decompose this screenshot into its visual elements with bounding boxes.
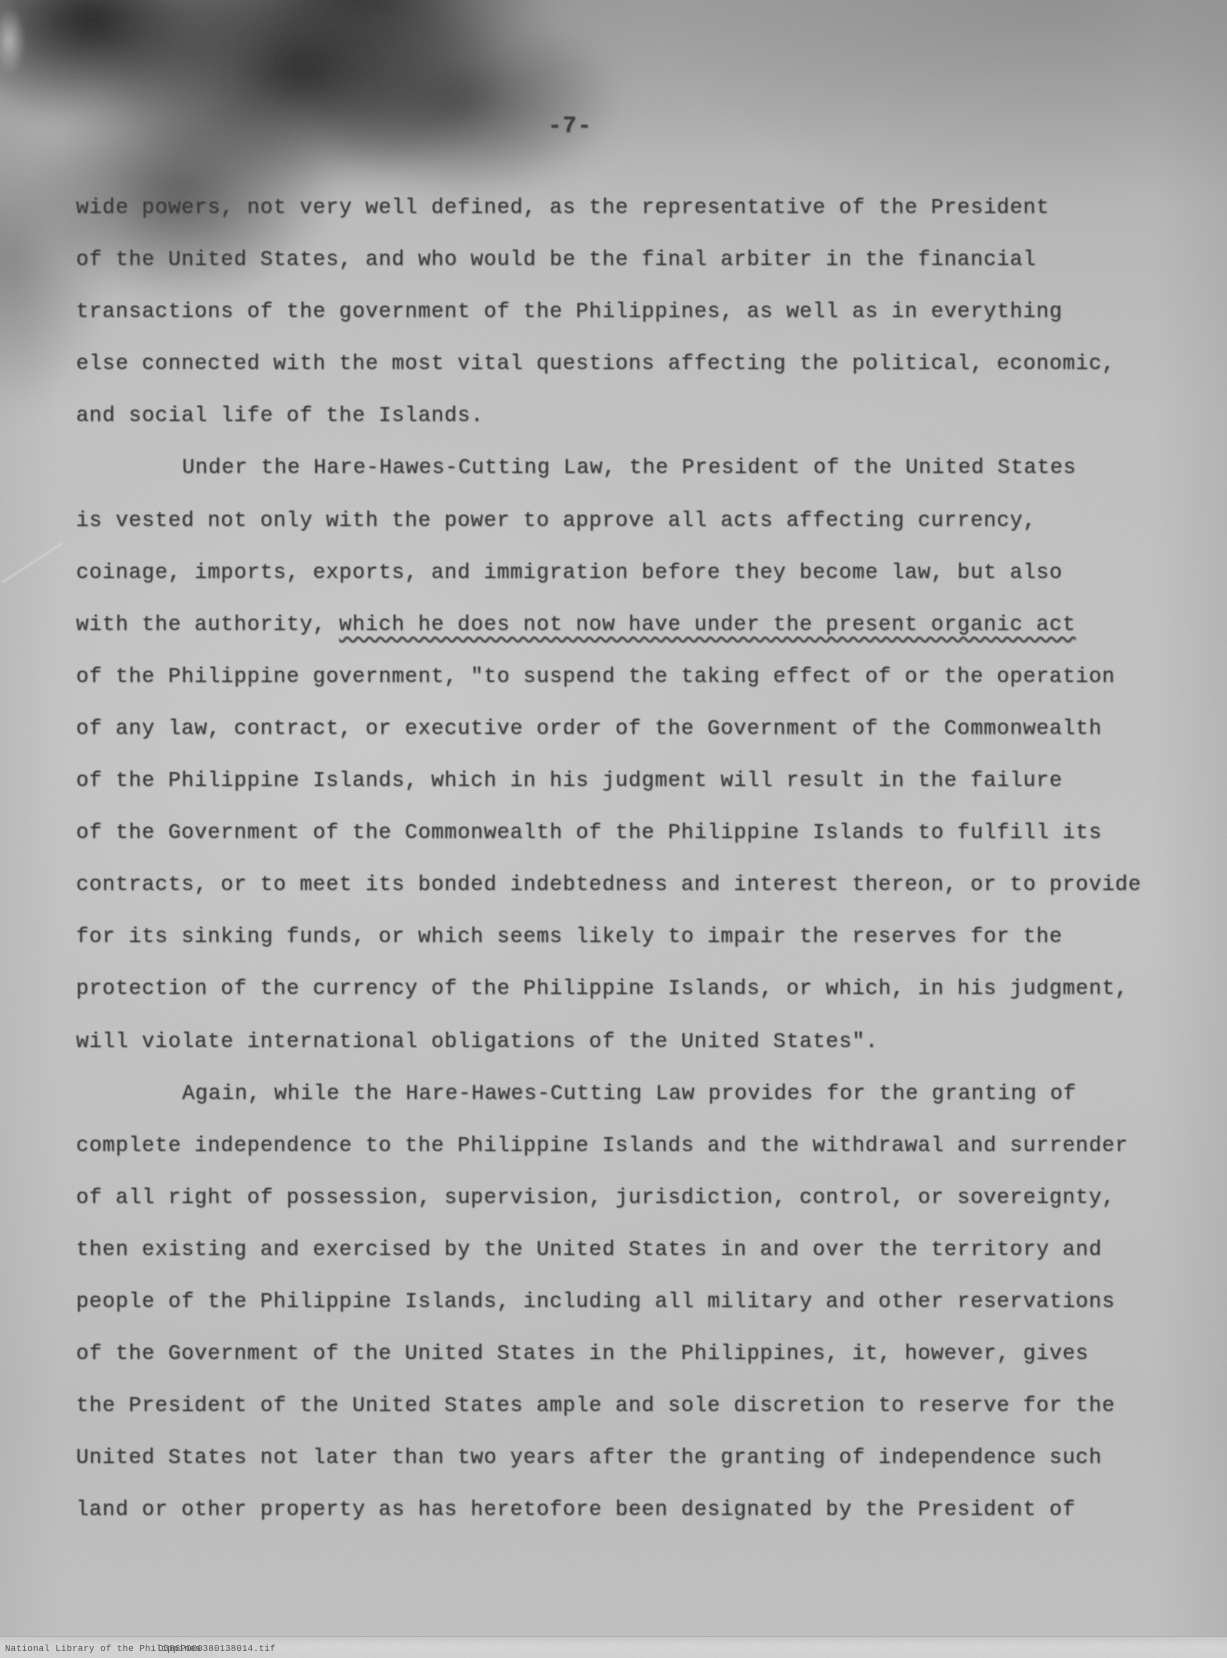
text-line: of the Government of the Commonwealth of…	[76, 808, 1161, 860]
text-line: United States not later than two years a…	[76, 1433, 1161, 1485]
text-line: of all right of possession, supervision,…	[76, 1173, 1161, 1225]
text-line: land or other property as has heretofore…	[76, 1485, 1161, 1537]
text-line: is vested not only with the power to app…	[76, 496, 1161, 548]
text-block: wide powers, not very well defined, as t…	[76, 183, 1161, 1537]
text-line: Again, while the Hare-Hawes-Cutting Law …	[76, 1069, 1161, 1121]
scratch-mark	[1, 543, 62, 584]
text-line: then existing and exercised by the Unite…	[76, 1225, 1161, 1277]
text-line: of the Philippine government, "to suspen…	[76, 652, 1161, 704]
text-line: transactions of the government of the Ph…	[76, 287, 1161, 339]
text-line: coinage, imports, exports, and immigrati…	[76, 548, 1161, 600]
footer-bar: National Library of the Philippines D386…	[0, 1636, 1227, 1658]
text-line: complete independence to the Philippine …	[76, 1121, 1161, 1173]
text-line: of the Philippine Islands, which in his …	[76, 756, 1161, 808]
underlined-phrase: which he does not now have under the pre…	[339, 614, 1076, 637]
corner-light-spot	[0, 6, 26, 76]
scanned-document-page: -7- wide powers, not very well defined, …	[0, 0, 1227, 1658]
text-line: of the Government of the United States i…	[76, 1329, 1161, 1381]
text-line: protection of the currency of the Philip…	[76, 964, 1161, 1016]
text-line: people of the Philippine Islands, includ…	[76, 1277, 1161, 1329]
text-line: of any law, contract, or executive order…	[76, 704, 1161, 756]
footer-filename-label: D386P000380138014.tif	[158, 1644, 276, 1654]
text-line: wide powers, not very well defined, as t…	[76, 183, 1161, 235]
text-line: Under the Hare-Hawes-Cutting Law, the Pr…	[76, 443, 1161, 495]
text-line: will violate international obligations o…	[76, 1017, 1161, 1069]
page-number: -7-	[0, 113, 1140, 139]
text-line: contracts, or to meet its bonded indebte…	[76, 860, 1161, 912]
text-line: else connected with the most vital quest…	[76, 339, 1161, 391]
text-line: of the United States, and who would be t…	[76, 235, 1161, 287]
text-line: for its sinking funds, or which seems li…	[76, 912, 1161, 964]
text-line: the President of the United States ample…	[76, 1381, 1161, 1433]
text-line: with the authority, which he does not no…	[76, 600, 1161, 652]
text-line: and social life of the Islands.	[76, 391, 1161, 443]
